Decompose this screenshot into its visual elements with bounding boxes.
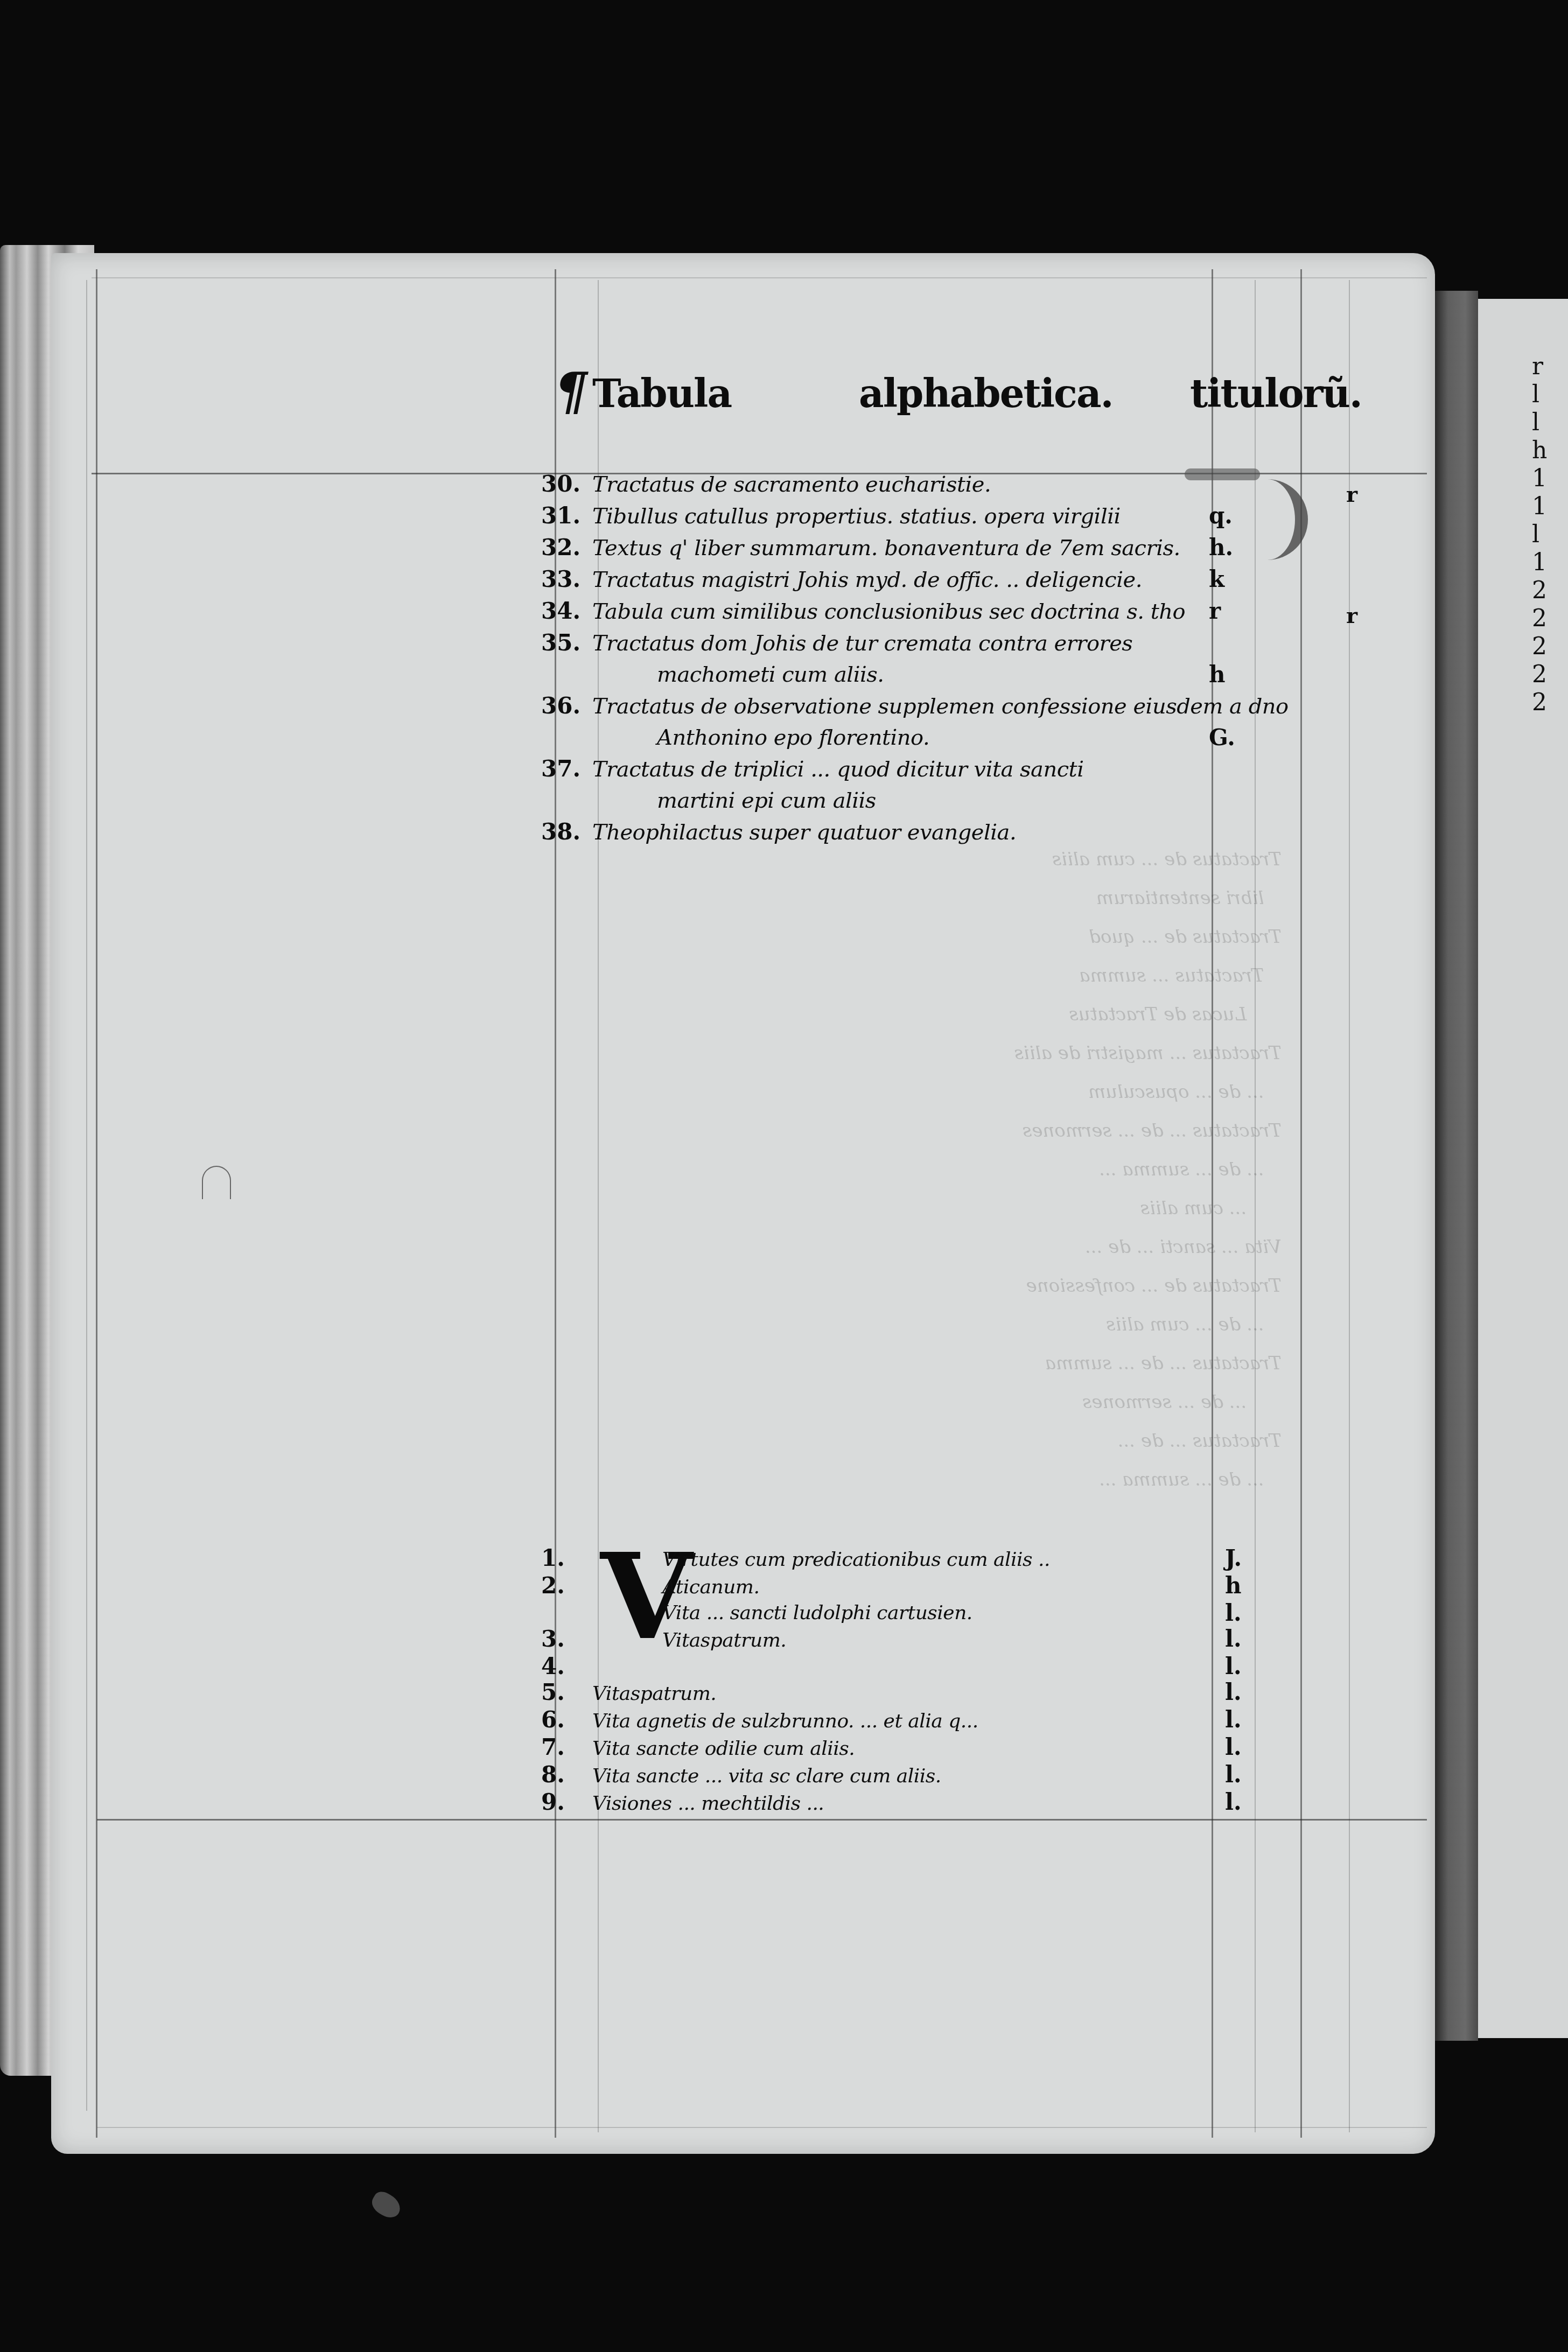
ruling-top-frame bbox=[92, 277, 1427, 278]
entry-number: 31. bbox=[541, 500, 592, 531]
entry-number: 1. bbox=[541, 1545, 592, 1571]
pilcrow-mark: ¶ bbox=[555, 361, 587, 422]
title-word-alphabetica: alphabetica. bbox=[859, 370, 1113, 416]
ruling-lower-frame bbox=[97, 2127, 1427, 2128]
entries-list-t: 30. Tractatus de sacramento eucharistie.… bbox=[541, 468, 1306, 848]
entry-number: 33. bbox=[541, 564, 592, 595]
entry-folio: l. bbox=[1225, 1734, 1242, 1760]
entry-title: Textus q' liber summarum. bonaventura de… bbox=[592, 533, 1306, 564]
pencil-mark bbox=[202, 1166, 231, 1199]
entry-folio: l. bbox=[1225, 1654, 1242, 1679]
entry-folio: h. bbox=[1209, 532, 1233, 563]
entry-title: Vita agnetis de sulzbrunno. ... et alia … bbox=[592, 1709, 1306, 1734]
list-item: 31. Tibullus catullus propertius. statiu… bbox=[541, 500, 1306, 532]
entry-title: Vitaspatrum. bbox=[592, 1628, 1306, 1654]
list-item: 5. Vitaspatrum. l. bbox=[541, 1679, 1306, 1707]
list-item-continuation: machometi cum aliis. h bbox=[541, 659, 1306, 690]
page-title: ¶ Tabula alphabetica. titulorũ. bbox=[555, 366, 1346, 425]
title-word-tabula: Tabula bbox=[592, 370, 731, 416]
list-item: 34. Tabula cum similibus conclusionibus … bbox=[541, 596, 1306, 627]
entry-title: machometi cum aliis. bbox=[592, 659, 1306, 690]
list-item: 7. Vita sancte odilie cum aliis. l. bbox=[541, 1734, 1306, 1762]
list-item: 3. Vitaspatrum. l. bbox=[541, 1626, 1306, 1654]
entry-number: 6. bbox=[541, 1707, 592, 1733]
entry-title: Tibullus catullus propertius. statius. o… bbox=[592, 501, 1306, 532]
entry-number: 7. bbox=[541, 1734, 592, 1760]
entry-number: 4. bbox=[541, 1654, 592, 1679]
entry-number: 32. bbox=[541, 532, 592, 563]
list-item: 35. Tractatus dom Johis de tur cremata c… bbox=[541, 627, 1306, 659]
list-item: 2. Aticanum. h bbox=[541, 1573, 1306, 1600]
entry-folio: h bbox=[1209, 659, 1226, 690]
entry-title: Vitaspatrum. bbox=[592, 1681, 1306, 1707]
list-item: 6. Vita agnetis de sulzbrunno. ... et al… bbox=[541, 1707, 1306, 1734]
list-item: Vita ... sancti ludolphi cartusien. l. bbox=[541, 1600, 1306, 1626]
entry-folio: l. bbox=[1225, 1626, 1242, 1652]
list-item-continuation: Anthonino epo florentino. G. bbox=[541, 722, 1306, 753]
entry-folio: q. bbox=[1209, 500, 1233, 531]
entry-number: 34. bbox=[541, 596, 592, 627]
entry-title: Vita sancte odilie cum aliis. bbox=[592, 1736, 1306, 1762]
ruling-right-2 bbox=[1349, 280, 1350, 2132]
margin-mark-r-1: r bbox=[1346, 482, 1357, 507]
entry-folio: k bbox=[1209, 564, 1224, 595]
ruling-left-inner bbox=[86, 280, 87, 2111]
book-gutter bbox=[1435, 291, 1478, 2041]
entry-folio: J. bbox=[1225, 1545, 1242, 1571]
entry-number: 8. bbox=[541, 1762, 592, 1788]
title-word-titulorum: titulorũ. bbox=[1190, 370, 1362, 416]
entry-number: 37. bbox=[541, 753, 592, 785]
list-item: 38. Theophilactus super quatuor evangeli… bbox=[541, 816, 1306, 848]
entry-folio: l. bbox=[1225, 1789, 1242, 1815]
margin-mark-r-2: r bbox=[1346, 603, 1357, 628]
list-item: 36. Tractatus de observatione supplemen … bbox=[541, 690, 1306, 722]
list-item: 37. Tractatus de triplici ... quod dicit… bbox=[541, 753, 1306, 785]
ruling-bottom-frame bbox=[97, 1819, 1427, 1821]
entry-title: Aticanum. bbox=[592, 1574, 1306, 1600]
list-item: 9. Visiones ... mechtildis ... l. bbox=[541, 1789, 1306, 1817]
entry-title: Tractatus de triplici ... quod dicitur v… bbox=[592, 754, 1306, 785]
entry-number: 2. bbox=[541, 1573, 592, 1599]
list-item: 1. Virtutes cum predicationibus cum alii… bbox=[541, 1545, 1306, 1573]
entry-title: Tractatus magistri Johis myd. de offic. … bbox=[592, 564, 1306, 596]
entry-title: martini epi cum aliis bbox=[592, 785, 1306, 816]
entry-title: Anthonino epo florentino. bbox=[592, 722, 1306, 753]
entry-number: 3. bbox=[541, 1626, 592, 1652]
list-item: 32. Textus q' liber summarum. bonaventur… bbox=[541, 532, 1306, 564]
entry-folio: l. bbox=[1225, 1762, 1242, 1788]
entry-title: Vita sancte ... vita sc clare cum aliis. bbox=[592, 1763, 1306, 1789]
entry-title: Theophilactus super quatuor evangelia. bbox=[592, 817, 1306, 848]
entry-folio: G. bbox=[1209, 722, 1235, 753]
entry-number: 38. bbox=[541, 816, 592, 848]
list-item: 8. Vita sancte ... vita sc clare cum ali… bbox=[541, 1762, 1306, 1789]
entry-title: Tabula cum similibus conclusionibus sec … bbox=[592, 596, 1306, 627]
entry-title: Visiones ... mechtildis ... bbox=[592, 1791, 1306, 1817]
showthrough-verso-text: Tractatus de ... cum aliis libri sentent… bbox=[689, 840, 1282, 1529]
list-item: 4. l. bbox=[541, 1654, 1306, 1679]
entry-title: Tractatus dom Johis de tur cremata contr… bbox=[592, 628, 1306, 659]
entry-number: 5. bbox=[541, 1679, 592, 1705]
entry-number: 9. bbox=[541, 1789, 592, 1815]
entry-number: 36. bbox=[541, 690, 592, 722]
ruling-left-outer bbox=[96, 269, 97, 2138]
list-item-continuation: martini epi cum aliis bbox=[541, 785, 1306, 816]
entry-folio: l. bbox=[1225, 1600, 1242, 1626]
list-item: 33. Tractatus magistri Johis myd. de off… bbox=[541, 564, 1306, 596]
entries-list-v: 1. Virtutes cum predicationibus cum alii… bbox=[541, 1545, 1306, 1817]
entry-folio: l. bbox=[1225, 1679, 1242, 1705]
entry-number: 35. bbox=[541, 627, 592, 659]
entry-number: 30. bbox=[541, 468, 592, 500]
entry-folio: r bbox=[1209, 596, 1221, 627]
entry-folio: l. bbox=[1225, 1707, 1242, 1733]
adjacent-page-fragment: r l l h 1 1 l 1 2 2 2 2 2 bbox=[1478, 299, 1568, 2038]
entry-title: Tractatus de sacramento eucharistie. bbox=[592, 469, 1306, 500]
entry-title: Vita ... sancti ludolphi cartusien. bbox=[592, 1600, 1306, 1626]
entry-title: Tractatus de observatione supplemen conf… bbox=[592, 691, 1306, 722]
list-item: 30. Tractatus de sacramento eucharistie. bbox=[541, 468, 1306, 500]
entry-folio: h bbox=[1225, 1573, 1242, 1599]
adjacent-page-glyphs: r l l h 1 1 l 1 2 2 2 2 2 bbox=[1532, 353, 1564, 717]
entry-title: Virtutes cum predicationibus cum aliis .… bbox=[592, 1547, 1306, 1573]
